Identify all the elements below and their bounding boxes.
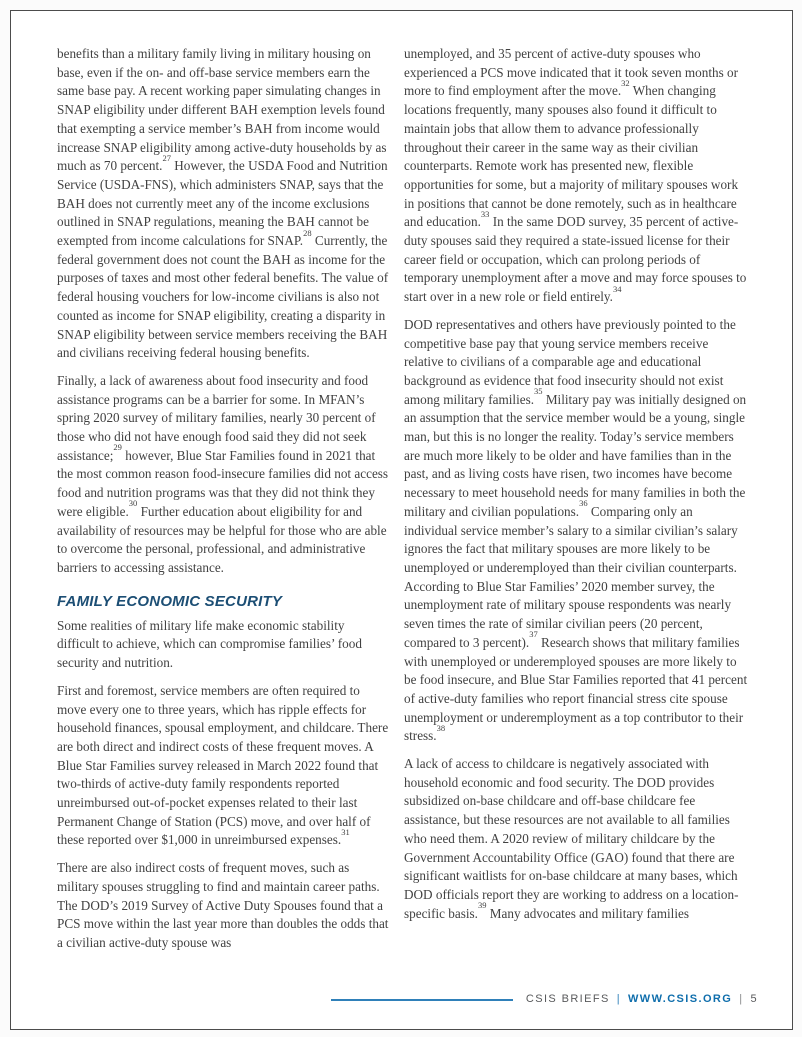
- paragraph: Some realities of military life make eco…: [57, 617, 390, 673]
- footnote-reference: 28: [303, 228, 312, 238]
- footnote-reference: 32: [621, 78, 630, 88]
- footer-separator: |: [617, 993, 621, 1005]
- footnote-reference: 30: [129, 498, 138, 508]
- footnote-reference: 34: [613, 284, 622, 294]
- footnote-reference: 33: [481, 209, 490, 219]
- paragraph: DOD representatives and others have prev…: [404, 316, 748, 746]
- page-body: benefits than a military family living i…: [57, 45, 748, 962]
- footer-website-link[interactable]: WWW.CSIS.ORG: [628, 993, 732, 1005]
- left-column: benefits than a military family living i…: [57, 45, 390, 962]
- footer-rule: [331, 999, 513, 1001]
- paragraph: Finally, a lack of awareness about food …: [57, 372, 390, 578]
- footer-brand: CSIS BRIEFS: [526, 993, 610, 1005]
- paragraph: First and foremost, service members are …: [57, 682, 390, 850]
- document-page: benefits than a military family living i…: [10, 10, 793, 1030]
- footer-text: CSIS BRIEFS | WWW.CSIS.ORG | 5: [526, 993, 758, 1005]
- footnote-reference: 39: [478, 900, 487, 910]
- paragraph: A lack of access to childcare is negativ…: [404, 755, 748, 923]
- right-column: unemployed, and 35 percent of active-dut…: [404, 45, 748, 962]
- page-footer: CSIS BRIEFS | WWW.CSIS.ORG | 5: [331, 993, 758, 1005]
- footnote-reference: 38: [437, 723, 446, 733]
- footnote-reference: 31: [341, 827, 350, 837]
- footer-separator: |: [739, 993, 743, 1005]
- footnote-reference: 29: [113, 442, 122, 452]
- paragraph: unemployed, and 35 percent of active-dut…: [404, 45, 748, 307]
- footnote-reference: 35: [534, 386, 543, 396]
- footnote-reference: 36: [579, 498, 588, 508]
- footnote-reference: 37: [529, 629, 538, 639]
- paragraph: There are also indirect costs of frequen…: [57, 859, 390, 953]
- footnote-reference: 27: [162, 153, 171, 163]
- paragraph: benefits than a military family living i…: [57, 45, 390, 363]
- section-heading: FAMILY ECONOMIC SECURITY: [57, 593, 390, 610]
- page-number: 5: [750, 993, 758, 1005]
